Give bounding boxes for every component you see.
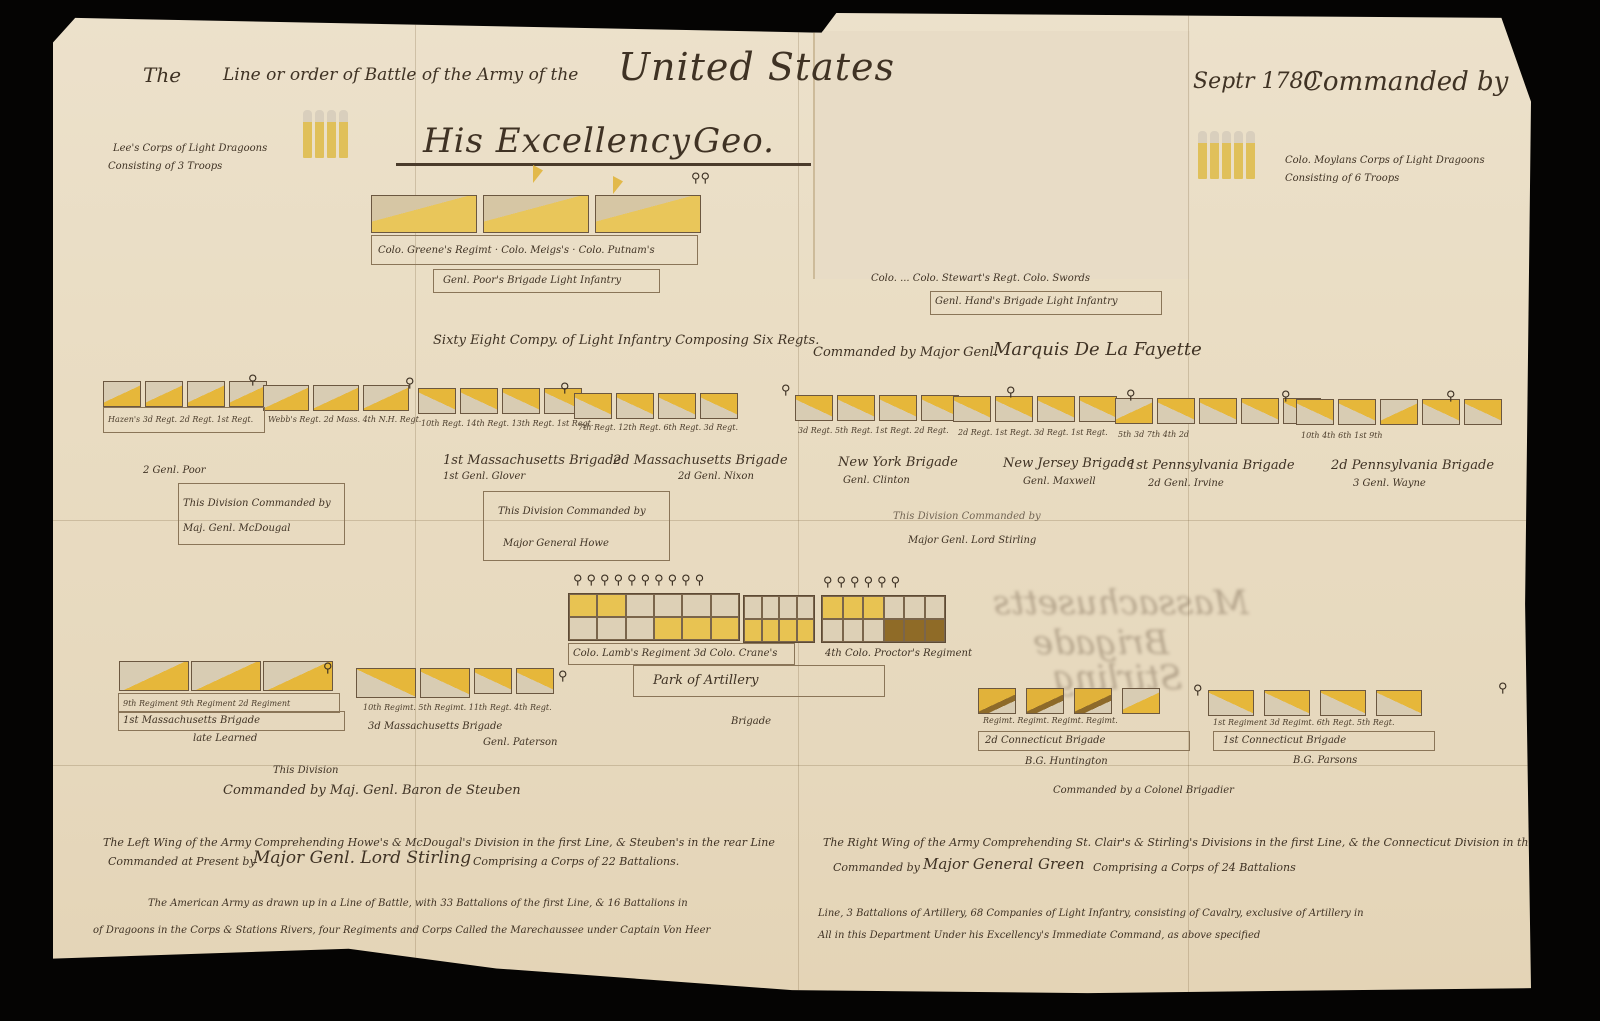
title-date: Septr 1780 [1193,69,1318,94]
li-regiments: Colo. Greene's Regimt · Colo. Meigs's · … [378,245,655,256]
note-right-wing-2a: Commanded by [833,861,920,874]
artillery-cannons-right: ⚲⚲⚲⚲⚲⚲ [823,575,904,590]
regiment-label: 10th Regt. 14th Regt. 13th Regt. 1st Reg… [421,419,593,428]
note-summary-2b: All in this Department Under his Excelle… [818,930,1260,941]
brigade-parsons: B.G. Parsons [1293,755,1357,766]
bleed-through-text: Brigade [1033,623,1169,663]
brigade-2d-conn: 2d Connecticut Brigade [985,735,1105,746]
cannon-icon: ⚲⚲ [691,171,710,186]
brigade-2d-mass: 2d Massachusetts Brigade [613,453,788,468]
brigade-2d-penn: 2d Pennsylvania Brigade [1331,458,1494,473]
division-steuben-1: This Division [273,765,338,776]
lee-dragoons-line2: Consisting of 3 Troops [108,161,222,172]
lee-dragoons-line1: Lee's Corps of Light Dragoons [113,143,267,154]
regiment-label: 10th 4th 6th 1st 9th [1301,431,1383,440]
moylan-dragoons-line1: Colo. Moylans Corps of Light Dragoons [1285,155,1485,166]
division-steuben-2: Commanded by Maj. Genl. Baron de Steuben [223,783,521,798]
regiment-label: Webb's Regt. 2d Mass. 4th N.H. Regt. [268,415,421,424]
artillery-cannons-left: ⚲⚲⚲⚲⚲⚲⚲⚲⚲⚲ [573,573,708,588]
brigade-new-jersey: New Jersey Brigade [1003,456,1134,471]
pennant [533,165,543,183]
title-underline [396,163,811,166]
brigade-huntington: B.G. Huntington [1025,756,1108,767]
dragoon-figures-right [1198,131,1255,179]
brigade-paterson: Genl. Paterson [483,737,557,748]
artillery-block-proctor [821,595,946,643]
first-line-flags-e [795,395,959,421]
division-mcdougal-2: Maj. Genl. McDougal [183,523,290,534]
brigade-2d-penn-cmdr: 3 Genl. Wayne [1353,478,1426,489]
subtitle-his-excellency: His Excellency [423,121,691,161]
light-infantry-flags [371,195,701,233]
manuscript-sheet: The Line or order of Battle of the Army … [53,13,1531,998]
li-caption-1: Sixty Eight Compy. of Light Infantry Com… [433,333,819,348]
moylan-dragoons-line2: Consisting of 6 Troops [1285,173,1399,184]
brigade-1st-mass: 1st Massachusetts Brigade [443,453,621,468]
cannon-icon: ⚲ [1446,389,1456,404]
regiment-label: 2d Regt. 1st Regt. 3d Regt. 1st Regt. [958,428,1108,437]
note-right-wing-2c: Comprising a Corps of 24 Battalions [1093,861,1296,874]
second-line-flags-a [119,661,333,691]
first-line-flags-a [103,381,267,407]
brigade-new-jersey-cmdr: Genl. Maxwell [1023,476,1096,487]
brigade-1st-conn: 1st Connecticut Brigade [1223,735,1346,746]
division-howe-1: This Division Commanded by [498,506,646,517]
cannon-icon: ⚲ [405,376,415,391]
first-line-flags-d [574,393,738,419]
artillery-block-crane [743,595,815,643]
brigade-1st-penn: 1st Pennsylvania Brigade [1128,458,1295,473]
fold-line [798,13,799,998]
poor-brigade-label: Genl. Poor's Brigade Light Infantry [443,275,621,286]
cannon-icon: ⚲ [1193,683,1203,698]
brigade-3d-mass: 3d Massachusetts Brigade [368,721,502,732]
division-stirling-1: This Division Commanded by [893,511,1041,522]
title-united-states: United States [618,45,895,89]
title-commanded-by: Commanded by [1303,67,1508,97]
second-line-flags-d [1208,690,1422,716]
division-box [483,491,670,561]
brigade-new-york: New York Brigade [838,455,958,470]
brigade-poor: 2 Genl. Poor [143,465,206,476]
subtitle-gen: Geo. [693,121,775,161]
regiment-label: 3d Regt. 5th Regt. 1st Regt. 2d Regt. [798,426,949,435]
cannon-icon: ⚲ [323,661,333,676]
title-line: Line or order of Battle of the Army of t… [223,65,578,85]
fold-line [1188,13,1189,998]
hand-regiments: Colo. ... Colo. Stewart's Regt. Colo. Sw… [871,273,1090,284]
artillery-proctor: 4th Colo. Proctor's Regiment [825,648,972,659]
regiment-label: 1st Regiment 3d Regimt. 6th Regt. 5th Re… [1213,718,1395,727]
li-caption-2: Commanded by Major Genl. [813,345,998,360]
first-line-flags-h [1296,399,1502,425]
division-box [178,483,345,545]
regiment-label: Hazen's 3d Regt. 2d Regt. 1st Regt. [108,415,253,424]
cannon-icon: ⚲ [1126,388,1136,403]
regiment-label: 5th 3d 7th 4th 2d [1118,430,1189,439]
first-line-flags-c [418,388,582,414]
regiment-label: 7th Regt. 12th Regt. 6th Regt. 3d Regt. [578,423,738,432]
note-left-wing-2c: Comprising a Corps of 22 Battalions. [473,855,679,868]
title-the: The [143,63,181,87]
note-summary-1b: Line, 3 Battalions of Artillery, 68 Comp… [818,908,1364,919]
regiment-label: 9th Regiment 9th Regiment 2d Regiment [123,699,290,708]
brigade-2d-mass-cmdr: 2d Genl. Nixon [678,471,754,482]
division-mcdougal-1: This Division Commanded by [183,498,331,509]
bleed-through-text: Massachusetts [993,583,1248,623]
artillery-brigade: Brigade [731,716,771,727]
brigade-1st-mass-2: 1st Massachusetts Brigade [123,715,260,726]
second-line-flags-b [356,668,554,698]
cannon-icon: ⚲ [560,381,570,396]
li-caption-lafayette: Marquis De La Fayette [993,339,1202,360]
cannon-icon: ⚲ [1498,681,1508,696]
note-summary-2a: of Dragoons in the Corps & Stations Rive… [93,925,710,936]
note-right-wing-green: Major General Green [923,855,1085,873]
cannon-icon: ⚲ [1006,385,1016,400]
first-line-flags-f [953,396,1117,422]
division-howe-2: Major General Howe [503,538,609,549]
cannon-icon: ⚲ [1281,389,1291,404]
division-stirling-2: Major Genl. Lord Stirling [908,535,1036,546]
brigade-1st-penn-cmdr: 2d Genl. Irvine [1148,478,1224,489]
pennant [613,176,623,194]
note-right-wing-1: The Right Wing of the Army Comprehending… [823,836,1580,849]
artillery-block-lamb [568,593,740,641]
second-line-flags-c [978,688,1160,714]
hand-brigade-label: Genl. Hand's Brigade Light Infantry [935,296,1118,307]
brigade-1st-mass-cmdr: 1st Genl. Glover [443,471,525,482]
artillery-lamb: Colo. Lamb's Regiment 3d Colo. Crane's [573,648,777,659]
regiment-label: 10th Regimt. 5th Regimt. 11th Regt. 4th … [363,703,552,712]
dragoon-figures-left [303,110,348,158]
cannon-icon: ⚲ [248,373,258,388]
park-of-artillery: Park of Artillery [653,673,758,688]
note-left-wing-lord-stirling: Major Genl. Lord Stirling [253,848,471,868]
brigade-learned: late Learned [193,733,257,744]
brigade-new-york-cmdr: Genl. Clinton [843,475,910,486]
note-left-wing-2a: Commanded at Present by [108,855,256,868]
division-colonel-brigadier: Commanded by a Colonel Brigadier [1053,785,1234,796]
note-summary-1a: The American Army as drawn up in a Line … [148,898,688,909]
cannon-icon: ⚲ [558,669,568,684]
cannon-icon: ⚲ [781,383,791,398]
regiment-label: Regimt. Regimt. Regimt. Regimt. [983,716,1118,725]
first-line-flags-b [263,385,409,411]
